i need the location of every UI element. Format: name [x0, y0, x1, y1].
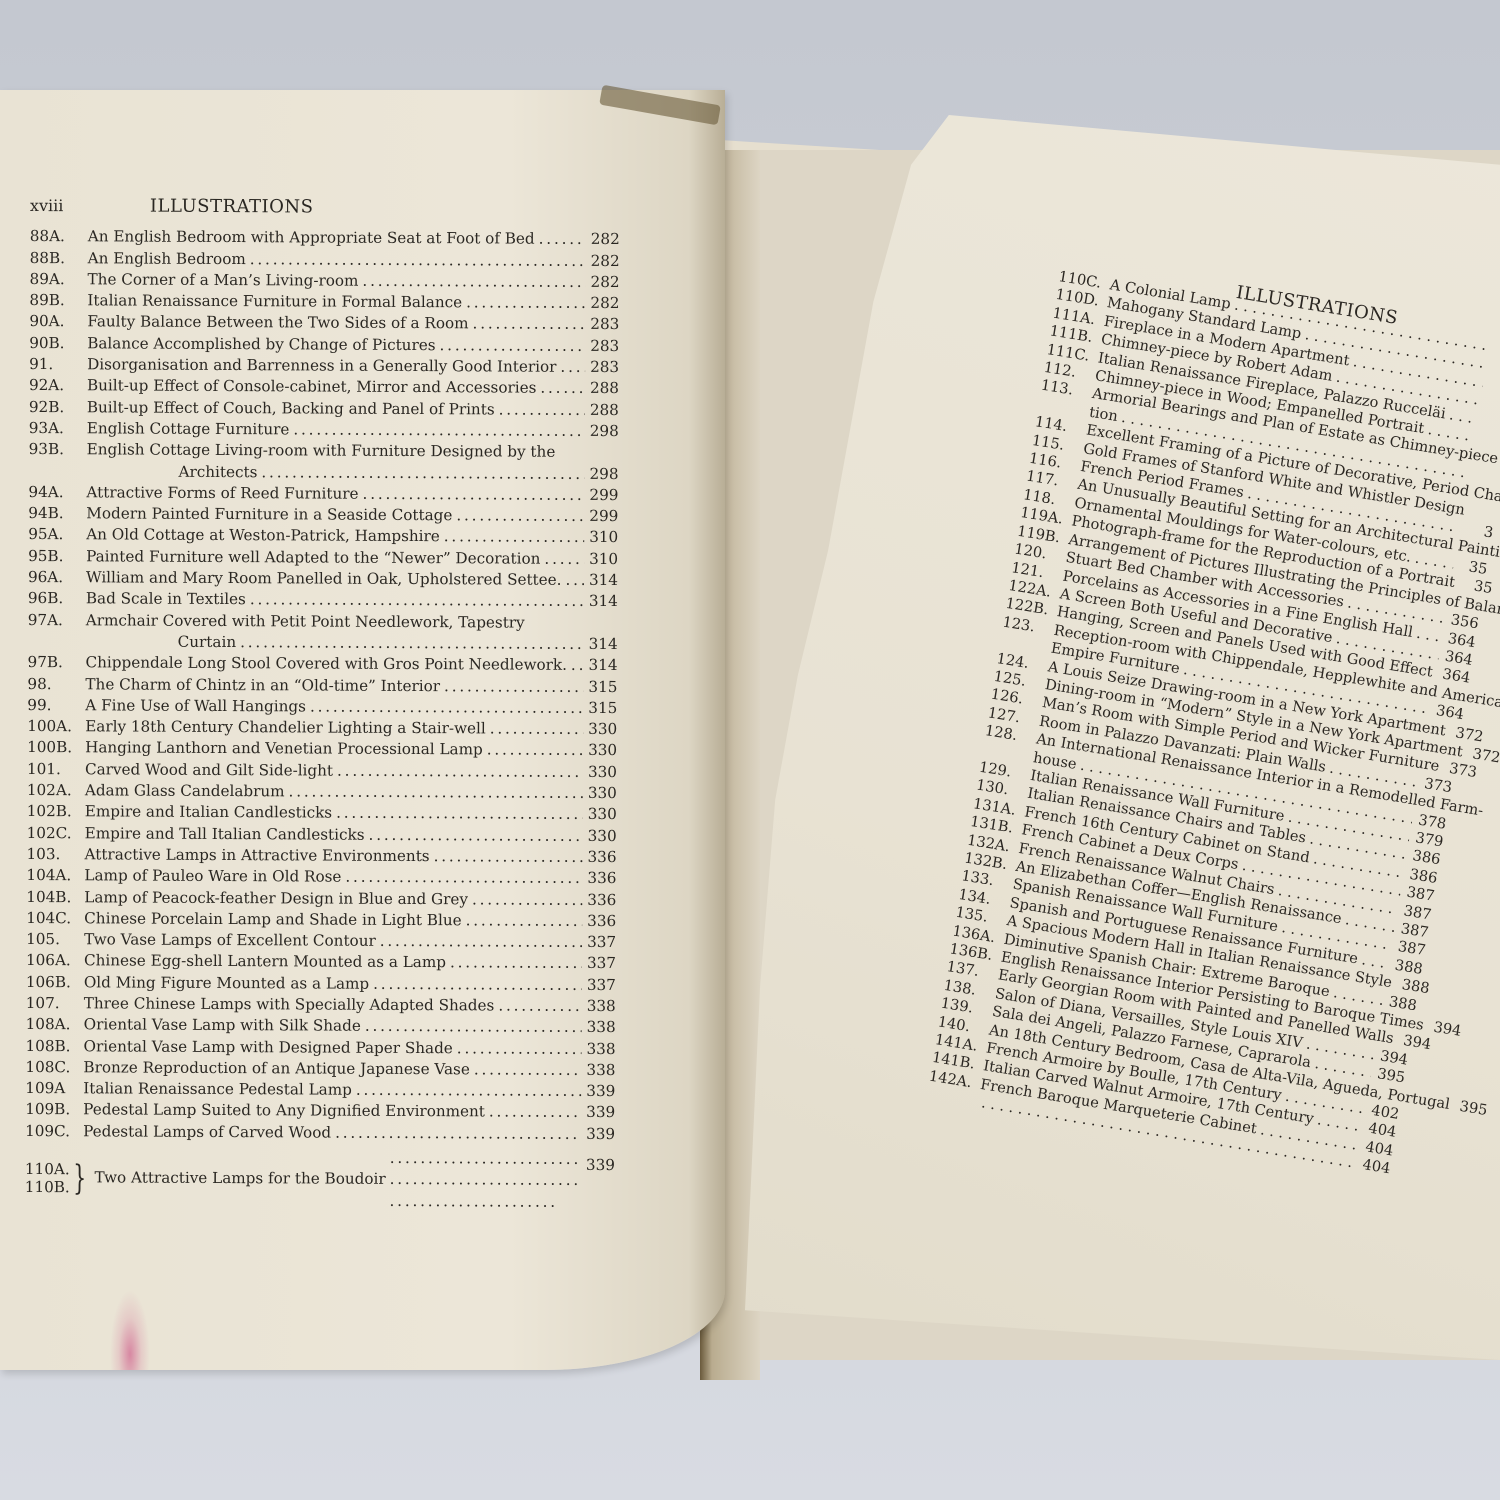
dot-leader — [261, 462, 584, 485]
dot-leader — [293, 419, 584, 442]
dot-leader — [1442, 759, 1445, 777]
dot-leader — [289, 781, 583, 804]
list-item: 100A.Early 18th Century Chandelier Light… — [27, 716, 617, 740]
dot-leader — [571, 655, 584, 676]
entry-number: 96B. — [28, 588, 86, 610]
list-item: 95A.An Old Cottage at Weston-Patrick, Ha… — [28, 524, 618, 548]
entry-page: 282 — [589, 293, 619, 314]
list-item: 94A.Attractive Forms of Reed Furniture29… — [28, 482, 618, 506]
dot-leader — [444, 676, 583, 698]
dot-leader — [240, 632, 584, 655]
entry-page: 282 — [589, 272, 619, 293]
entry-page: 336 — [586, 868, 616, 889]
entry-title-continuation: Architects — [178, 461, 257, 483]
dot-leader — [466, 910, 583, 932]
dot-leader — [310, 696, 583, 719]
entry-title: Carved Wood and Gilt Side-light — [85, 759, 333, 782]
entry-page: 314 — [588, 570, 618, 591]
entry-number: 93A. — [29, 418, 87, 440]
entry-number: 104A. — [26, 865, 84, 887]
entry-page: 330 — [587, 826, 617, 847]
entry-number: 109A — [25, 1078, 83, 1100]
dot-leader — [337, 760, 583, 783]
left-page-header: xviii ILLUSTRATIONS — [30, 195, 620, 219]
dot-leader — [474, 1059, 582, 1081]
folio: xviii — [30, 195, 150, 217]
dot-leader — [456, 505, 584, 527]
entry-page: 336 — [586, 847, 616, 868]
entry-page: 298 — [589, 421, 619, 442]
entry-page: 330 — [587, 719, 617, 740]
dot-leader — [539, 229, 586, 251]
list-item: 90B.Balance Accomplished by Change of Pi… — [29, 333, 619, 357]
entry-title: The Charm of Chintz in an “Old-time” Int… — [85, 674, 440, 697]
dot-leader — [473, 314, 586, 336]
entry-page — [1489, 369, 1500, 374]
list-item: 104B.Lamp of Peacock-feather Design in B… — [26, 886, 616, 910]
entry-title: Oriental Vase Lamp with Designed Paper S… — [83, 1036, 452, 1059]
list-item-brace: 110A. 110B. } Two Attractive Lamps for t… — [25, 1146, 615, 1213]
entry-number: 88B. — [30, 248, 88, 270]
entry-title: Adam Glass Candelabrum — [85, 780, 285, 802]
entry-page: 283 — [589, 336, 619, 357]
entry-title: Italian Renaissance Pedestal Lamp — [83, 1078, 352, 1101]
entry-page: 338 — [586, 1017, 616, 1038]
dot-leader — [544, 548, 584, 570]
entry-title: Lamp of Pauleo Ware in Old Rose — [84, 865, 341, 888]
entry-title: Pedestal Lamps of Carved Wood — [83, 1121, 331, 1144]
entry-page — [1478, 442, 1500, 447]
dot-leader — [457, 1038, 582, 1060]
list-item: 88B.An English Bedroom282 — [30, 248, 620, 272]
list-item: 99.A Fine Use of Wall Hangings315 — [27, 695, 617, 719]
list-item: 102C.Empire and Tall Italian Candlestick… — [27, 823, 617, 847]
entry-number: 95A. — [28, 524, 86, 546]
entry-page: 338 — [585, 1038, 615, 1059]
entry-page: 314 — [587, 655, 617, 676]
entry-title: An Old Cottage at Weston-Patrick, Hampsh… — [86, 525, 440, 548]
entry-title: Early 18th Century Chandelier Lighting a… — [85, 716, 486, 739]
dot-leader — [380, 931, 582, 953]
entry-number: 95B. — [28, 546, 86, 568]
entry-page: 330 — [587, 783, 617, 804]
list-item: 105.Two Vase Lamps of Excellent Contour3… — [26, 929, 616, 953]
dot-leader — [489, 1102, 581, 1124]
dot-leader — [373, 973, 582, 995]
list-item: 108C.Bronze Reproduction of an Antique J… — [25, 1057, 615, 1081]
entry-number: 99. — [27, 695, 85, 717]
entry-number: 94A. — [28, 482, 86, 504]
list-item: 93A.English Cottage Furniture298 — [29, 418, 619, 442]
dot-leader — [444, 527, 585, 549]
running-head: ILLUSTRATIONS — [150, 196, 314, 218]
entry-number: 109C. — [25, 1121, 83, 1143]
entry-title: Disorganisation and Barrenness in a Gene… — [87, 354, 556, 378]
entry-page: 310 — [588, 527, 618, 548]
entry-page: 283 — [589, 314, 619, 335]
entry-page: 288 — [589, 400, 619, 421]
entry-page: 336 — [586, 889, 616, 910]
dot-leader — [498, 995, 582, 1017]
entry-number: 90B. — [29, 333, 87, 355]
dot-leader — [439, 335, 585, 357]
list-item: 93B.English Cottage Living-room with Fur… — [29, 439, 619, 463]
list-item: 106A.Chinese Egg-shell Lantern Mounted a… — [26, 950, 616, 974]
entry-page: 314 — [588, 591, 618, 612]
entry-title: Built-up Effect of Console-cabinet, Mirr… — [87, 376, 536, 400]
brace-symbol: } — [73, 1161, 86, 1195]
entry-number: 102A. — [27, 780, 85, 802]
entry-number: 110A. — [25, 1160, 69, 1178]
entry-title: Faulty Balance Between the Two Sides of … — [87, 312, 468, 335]
entry-title: Empire and Italian Candlesticks — [85, 802, 332, 825]
dot-leader — [389, 1148, 581, 1213]
entry-page: 315 — [587, 698, 617, 719]
entry-title: The Corner of a Man’s Living-room — [88, 269, 359, 292]
entry-page: 288 — [589, 378, 619, 399]
entry-page — [1483, 406, 1500, 411]
entry-number: 88A. — [30, 226, 88, 248]
list-item: 95B.Painted Furniture well Adapted to th… — [28, 546, 618, 570]
entry-page: 282 — [590, 251, 620, 272]
list-item: 106B.Old Ming Figure Mounted as a Lamp33… — [26, 972, 616, 996]
dot-leader — [250, 249, 586, 272]
entry-title: Chinese Porcelain Lamp and Shade in Ligh… — [84, 908, 462, 931]
entry-page: 282 — [590, 229, 620, 250]
dot-leader — [365, 1016, 582, 1038]
entry-number: 108A. — [26, 1014, 84, 1036]
entry-number: 109B. — [25, 1099, 83, 1121]
list-item: 97B.Chippendale Long Stool Covered with … — [27, 652, 617, 676]
entry-number: 93B. — [29, 439, 87, 461]
dot-leader — [490, 719, 584, 741]
dot-leader — [434, 846, 583, 868]
dot-leader — [560, 357, 585, 378]
dot-leader — [450, 953, 582, 975]
entry-title: Chippendale Long Stool Covered with Gros… — [85, 653, 567, 677]
dot-leader — [1467, 502, 1470, 520]
entry-number: 103. — [26, 844, 84, 866]
entry-title: Bronze Reproduction of an Antique Japane… — [83, 1057, 470, 1080]
entry-title: William and Mary Room Panelled in Oak, U… — [86, 567, 562, 591]
list-item: 96B.Bad Scale in Textiles314 — [28, 588, 618, 612]
list-item: 92A.Built-up Effect of Console-cabinet, … — [29, 375, 619, 399]
list-item: 92B.Built-up Effect of Couch, Backing an… — [29, 397, 619, 421]
dot-leader — [1396, 1031, 1399, 1049]
entry-title: Italian Renaissance Furniture in Formal … — [87, 290, 462, 313]
entry-page — [1486, 388, 1500, 393]
entry-page: 298 — [588, 463, 618, 484]
entry-title: Oriental Vase Lamp with Silk Shade — [84, 1015, 361, 1038]
entry-title: A Fine Use of Wall Hangings — [85, 695, 306, 717]
list-item-continuation: Architects298 — [28, 461, 618, 485]
entry-page: 336 — [586, 911, 616, 932]
entry-title: English Cottage Living-room with Furnitu… — [87, 440, 556, 464]
entry-page: 299 — [588, 485, 618, 506]
list-item: 96A.William and Mary Room Panelled in Oa… — [28, 567, 618, 591]
entry-number: 104C. — [26, 908, 84, 930]
dot-leader — [345, 867, 582, 890]
list-item: 91.Disorganisation and Barrenness in a G… — [29, 354, 619, 378]
entry-title: Modern Painted Furniture in a Seaside Co… — [86, 503, 452, 526]
entry-page: 339 — [585, 1124, 615, 1145]
entry-number: 106B. — [26, 972, 84, 994]
entry-title: An English Bedroom with Appropriate Seat… — [88, 227, 535, 251]
illustrations-list: 88A.An English Bedroom with Appropriate … — [25, 226, 620, 1145]
list-item: 104C.Chinese Porcelain Lamp and Shade in… — [26, 908, 616, 932]
list-item: 89B.Italian Renaissance Furniture in For… — [29, 290, 619, 314]
entry-number: 102B. — [27, 801, 85, 823]
list-item: 102A.Adam Glass Candelabrum330 — [27, 780, 617, 804]
left-page-text: xviii ILLUSTRATIONS 88A.An English Bedro… — [25, 195, 620, 1213]
list-item: 109AItalian Renaissance Pedestal Lamp339 — [25, 1078, 615, 1102]
ink-stain — [110, 1290, 150, 1370]
entry-number: 107. — [26, 993, 84, 1015]
entry-page: 310 — [588, 549, 618, 570]
entry-number: 110B. — [25, 1178, 69, 1196]
entry-number: 105. — [26, 929, 84, 951]
entry-page: 337 — [586, 932, 616, 953]
list-item: 89A.The Corner of a Man’s Living-room282 — [30, 269, 620, 293]
entry-number: 104B. — [26, 886, 84, 908]
list-item: 100B.Hanging Lanthorn and Venetian Proce… — [27, 737, 617, 761]
entry-number: 106A. — [26, 950, 84, 972]
entry-page: 315 — [587, 676, 617, 697]
entry-title: Two Vase Lamps of Excellent Contour — [84, 929, 376, 952]
entry-page: 337 — [586, 975, 616, 996]
entry-title: An English Bedroom — [88, 248, 246, 270]
entry-number: 96A. — [28, 567, 86, 589]
entry-number: 89A. — [30, 269, 88, 291]
dot-leader — [250, 590, 584, 613]
entry-title: Balance Accomplished by Change of Pictur… — [87, 333, 435, 356]
entry-title: Hanging Lanthorn and Venetian Procession… — [85, 738, 483, 761]
entry-title: Attractive Forms of Reed Furniture — [86, 482, 358, 505]
entry-page — [1492, 351, 1500, 356]
list-item-continuation: Curtain314 — [28, 631, 618, 655]
entry-title: Painted Furniture well Adapted to the “N… — [86, 546, 540, 570]
list-item: 98.The Charm of Chintz in an “Old-time” … — [27, 674, 617, 698]
dot-leader — [472, 889, 582, 911]
dot-leader — [356, 1080, 582, 1102]
list-item: 108B.Oriental Vase Lamp with Designed Pa… — [25, 1036, 615, 1060]
entry-page: 299 — [588, 506, 618, 527]
dot-leader — [540, 378, 585, 400]
dot-leader — [369, 824, 583, 846]
entry-title: English Cottage Furniture — [87, 418, 290, 440]
entry-title-continuation: Curtain — [178, 632, 237, 654]
entry-number: 97A. — [28, 610, 86, 632]
entry-number: 102C. — [27, 823, 85, 845]
list-item: 94B.Modern Painted Furniture in a Seasid… — [28, 503, 618, 527]
list-item: 107.Three Chinese Lamps with Specially A… — [26, 993, 616, 1017]
list-item: 108A.Oriental Vase Lamp with Silk Shade3… — [26, 1014, 616, 1038]
entry-page: 338 — [586, 996, 616, 1017]
entry-number: 97B. — [27, 652, 85, 674]
entry-title: Empire and Tall Italian Candlesticks — [85, 823, 365, 846]
dot-leader — [1435, 665, 1438, 683]
entry-page: 338 — [585, 1060, 615, 1081]
dot-leader — [1448, 723, 1451, 741]
list-item: 104A.Lamp of Pauleo Ware in Old Rose336 — [26, 865, 616, 889]
entry-number: 92B. — [29, 397, 87, 419]
entry-title: Three Chinese Lamps with Specially Adapt… — [84, 993, 495, 1016]
entry-page — [1472, 478, 1500, 483]
entry-number: 94B. — [28, 503, 86, 525]
entry-page: 337 — [586, 953, 616, 974]
entry-page — [1480, 424, 1500, 429]
entry-title: Old Ming Figure Mounted as a Lamp — [84, 972, 369, 995]
entry-title: Two Attractive Lamps for the Boudoir — [94, 1168, 385, 1191]
entry-number: 108C. — [25, 1057, 83, 1079]
entry-page: 339 — [585, 1102, 615, 1123]
entry-number: 100B. — [27, 737, 85, 759]
list-item: 103.Attractive Lamps in Attractive Envir… — [26, 844, 616, 868]
entry-number: 98. — [27, 674, 85, 696]
list-item: 109C.Pedestal Lamps of Carved Wood339 — [25, 1121, 615, 1145]
dot-leader — [335, 1122, 581, 1145]
entry-number: 89B. — [29, 290, 87, 312]
dot-leader — [1457, 575, 1460, 593]
entry-title: Built-up Effect of Couch, Backing and Pa… — [87, 397, 495, 420]
dot-leader — [466, 292, 585, 314]
list-item: 97A.Armchair Covered with Petit Point Ne… — [28, 610, 618, 634]
dot-leader — [363, 484, 585, 506]
entry-page: 314 — [588, 634, 618, 655]
entry-title: Bad Scale in Textiles — [86, 589, 246, 611]
list-item: 101.Carved Wood and Gilt Side-light330 — [27, 759, 617, 783]
entry-title: Chinese Egg-shell Lantern Mounted as a L… — [84, 951, 446, 974]
list-item: 102B.Empire and Italian Candlesticks330 — [27, 801, 617, 825]
list-item: 90A.Faulty Balance Between the Two Sides… — [29, 311, 619, 335]
list-item: 109B.Pedestal Lamp Suited to Any Dignifi… — [25, 1099, 615, 1123]
entry-title: Attractive Lamps in Attractive Environme… — [84, 844, 429, 867]
entry-page: 283 — [589, 357, 619, 378]
entry-number: 91. — [29, 354, 87, 376]
dot-leader — [565, 570, 584, 591]
list-item: 88A.An English Bedroom with Appropriate … — [30, 226, 620, 250]
entry-number: 101. — [27, 759, 85, 781]
entry-title: Lamp of Peacock-feather Design in Blue a… — [84, 887, 468, 910]
entry-page: 339 — [585, 1155, 615, 1176]
entry-number: 90A. — [29, 311, 87, 333]
dot-leader — [499, 399, 585, 421]
dot-leader — [362, 271, 585, 293]
entry-page: 330 — [587, 804, 617, 825]
entry-page: 339 — [585, 1081, 615, 1102]
entry-number: 92A. — [29, 375, 87, 397]
entry-page: 330 — [587, 740, 617, 761]
dot-leader — [1394, 975, 1397, 993]
entry-number: 100A. — [27, 716, 85, 738]
dot-leader — [487, 740, 583, 762]
entry-number: 108B. — [25, 1036, 83, 1058]
entry-title: Armchair Covered with Petit Point Needle… — [86, 610, 525, 634]
dot-leader — [336, 803, 583, 826]
entry-title: Pedestal Lamp Suited to Any Dignified En… — [83, 1100, 485, 1123]
entry-page: 330 — [587, 762, 617, 783]
